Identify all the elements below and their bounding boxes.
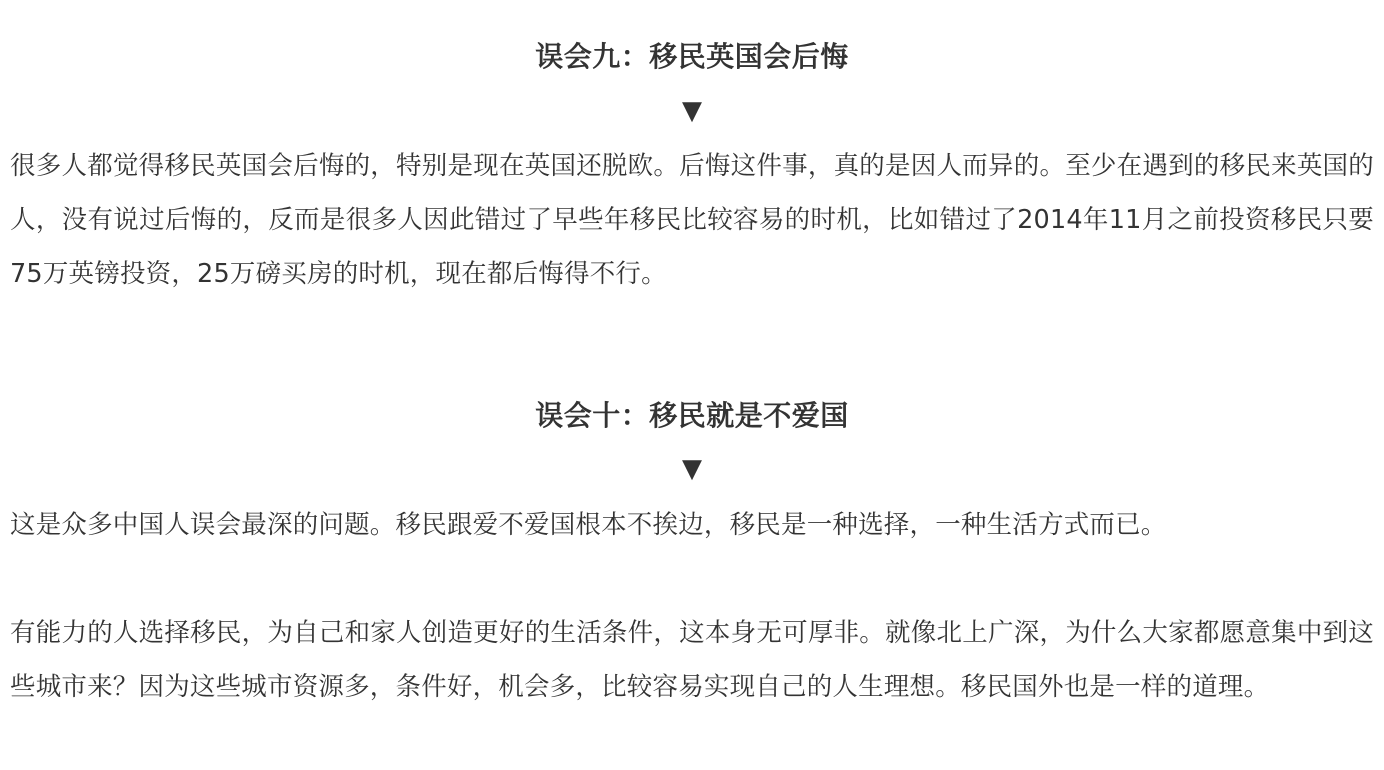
paragraph-misconception-10-detail: 有能力的人选择移民，为自己和家人创造更好的生活条件，这本身无可厚非。就像北上广深…	[10, 606, 1374, 714]
section-heading-misconception-9: 误会九：移民英国会后悔	[0, 37, 1384, 77]
paragraph-misconception-10-intro: 这是众多中国人误会最深的问题。移民跟爱不爱国根本不挨边，移民是一种选择，一种生活…	[10, 498, 1374, 552]
down-triangle-icon: ▼	[0, 96, 1384, 126]
down-triangle-icon: ▼	[0, 454, 1384, 484]
article-body: 误会九：移民英国会后悔 ▼ 很多人都觉得移民英国会后悔的，特别是现在英国还脱欧。…	[0, 0, 1384, 770]
paragraph-misconception-9: 很多人都觉得移民英国会后悔的，特别是现在英国还脱欧。后悔这件事，真的是因人而异的…	[10, 139, 1374, 301]
section-heading-misconception-10: 误会十：移民就是不爱国	[0, 396, 1384, 436]
